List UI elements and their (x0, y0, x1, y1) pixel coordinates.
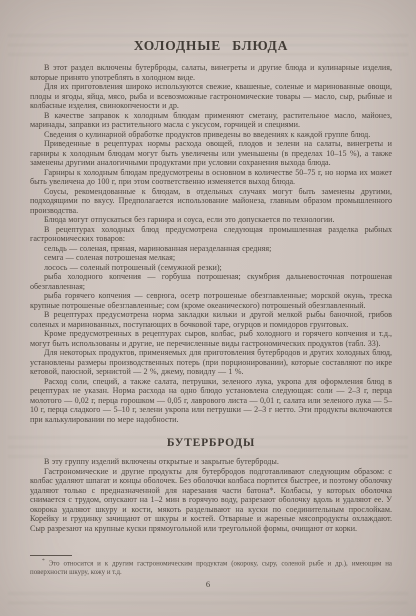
paragraph: Сведения о кулинарной обработке продукто… (30, 130, 392, 140)
list-item: семга — соленая потрошеная мелкая; (30, 253, 392, 263)
intro-section: В этот раздел включены бутерброды, салат… (30, 63, 392, 244)
paragraph: Гарниры к холодным блюдам предусмотрены … (30, 168, 392, 187)
paragraph: В эту группу изделий включены открытые и… (30, 457, 392, 467)
page-content: ХОЛОДНЫЕ БЛЮДА В этот раздел включены бу… (30, 38, 392, 533)
norms-section: В рецептурах предусмотрена норма закладк… (30, 310, 392, 424)
paragraph: В качестве заправок к холодным блюдам пр… (30, 111, 392, 130)
paragraph: В рецептурах холодных блюд предусмотрена… (30, 225, 392, 244)
list-item: рыба горячего копчения — севрюга, осетр … (30, 291, 392, 310)
paragraph: Блюда могут отпускаться без гарнира и со… (30, 215, 392, 225)
footnote: * Это относится и к другим гастрономичес… (30, 555, 392, 577)
page-number: 6 (0, 579, 416, 589)
list-item: рыба холодного копчения — горбуша потрош… (30, 272, 392, 291)
book-page: ХОЛОДНЫЕ БЛЮДА В этот раздел включены бу… (0, 0, 416, 616)
paragraph: Кроме предусмотренных в рецептурах сыров… (30, 329, 392, 348)
list-item: лосось — соленый потрошеный (семужной ре… (30, 263, 392, 273)
footnote-text: * Это относится и к другим гастрономичес… (30, 557, 392, 577)
bleed-through-texture (8, 592, 408, 610)
sandwiches-section: В эту группу изделий включены открытые и… (30, 457, 392, 533)
section-heading: БУТЕРБРОДЫ (30, 437, 392, 449)
page-title: ХОЛОДНЫЕ БЛЮДА (30, 38, 392, 54)
paragraph: В рецептурах предусмотрена норма закладк… (30, 310, 392, 329)
list-item: сельдь — соленая, пряная, маринованная н… (30, 244, 392, 254)
paragraph: Для некоторых продуктов, применяемых для… (30, 348, 392, 377)
paragraph: Приведенные в рецептурах нормы расхода о… (30, 139, 392, 168)
paragraph: Для их приготовления широко используются… (30, 82, 392, 111)
footnote-marker: * (42, 558, 45, 564)
paragraph: Соусы, рекомендованные к блюдам, в отдел… (30, 187, 392, 216)
footnote-separator (30, 555, 72, 556)
fish-cuts-list: сельдь — соленая, пряная, маринованная н… (30, 244, 392, 311)
paragraph: В этот раздел включены бутерброды, салат… (30, 63, 392, 82)
footnote-body: Это относится и к другим гастрономически… (30, 560, 392, 575)
paragraph: Расход соли, специй, а также салата, пет… (30, 377, 392, 425)
paragraph: Гастрономические и другие продукты для б… (30, 467, 392, 534)
